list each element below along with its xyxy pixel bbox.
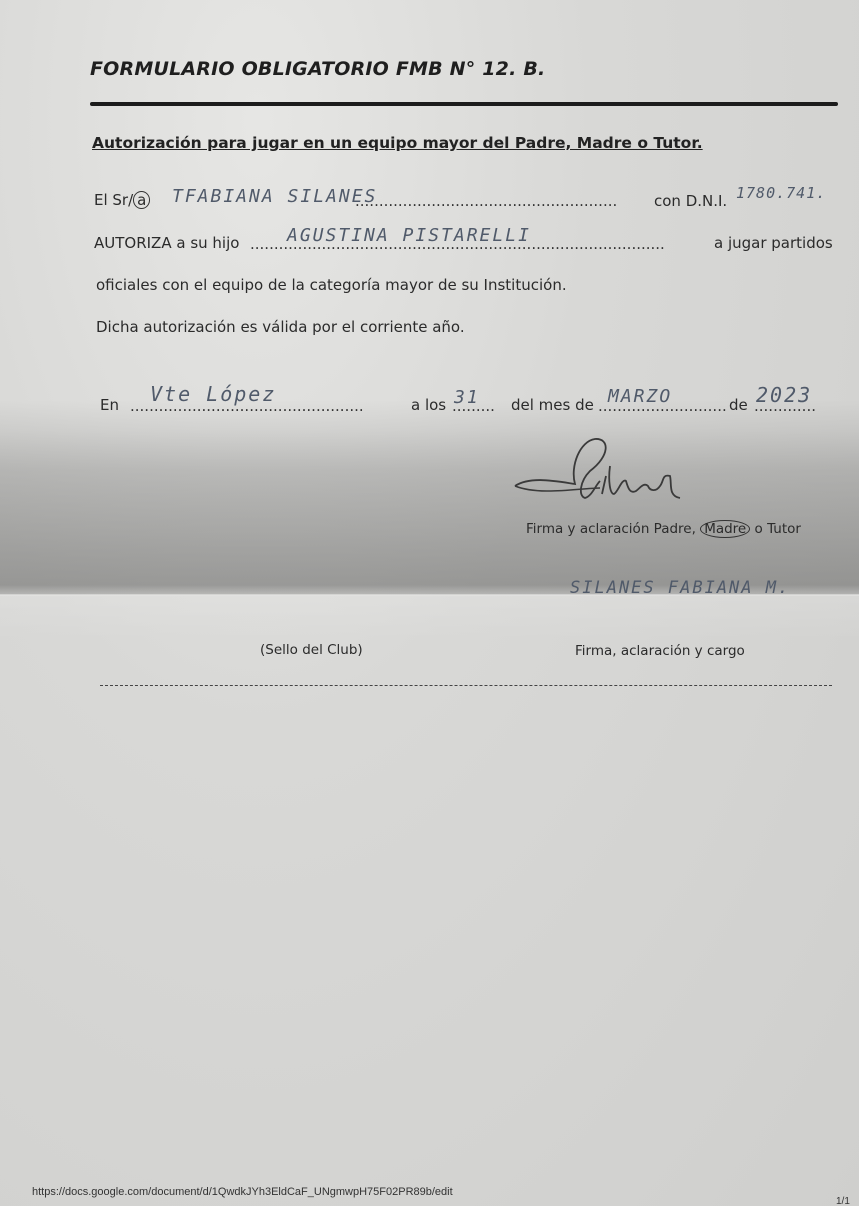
- child-prefix: AUTORIZA a su hijo: [94, 234, 239, 252]
- club-signature-label: Firma, aclaración y cargo: [575, 643, 745, 659]
- child-suffix: a jugar partidos: [714, 234, 833, 252]
- guardian-name-field[interactable]: TFABIANA SILANES: [172, 186, 377, 207]
- a-los-label: a los: [411, 396, 446, 414]
- mes-label: del mes de: [511, 396, 594, 414]
- fold-shadow: [0, 430, 859, 595]
- signature-scribble: [510, 436, 710, 506]
- parent-printed-name[interactable]: SILANES FABIANA M.: [570, 578, 790, 598]
- dni-field[interactable]: 1780.741.: [736, 184, 826, 202]
- year-field[interactable]: 2023: [756, 383, 812, 407]
- guardian-line: El Sr/a: [94, 191, 150, 209]
- footer-url: https://docs.google.com/document/d/1Qwdk…: [32, 1186, 453, 1198]
- guardian-dotted-line: ........................................…: [355, 192, 617, 210]
- paper-background: [0, 0, 859, 1206]
- parent-signature-label: Firma y aclaración Padre, Madre o Tutor: [526, 520, 801, 538]
- circled-gender: a: [133, 191, 150, 209]
- day-field[interactable]: 31: [454, 387, 480, 408]
- sig-label-suffix: o Tutor: [755, 521, 801, 537]
- body-line-4: Dicha autorización es válida por el corr…: [96, 318, 465, 336]
- place-field[interactable]: Vte López: [150, 382, 276, 406]
- en-label: En: [100, 396, 119, 414]
- section-cut-line: [100, 685, 832, 686]
- form-title: FORMULARIO OBLIGATORIO FMB N° 12. B.: [90, 58, 545, 80]
- de-label: de: [729, 396, 748, 414]
- child-name-field[interactable]: AGUSTINA PISTARELLI: [287, 225, 531, 246]
- guardian-prefix: El Sr/: [94, 191, 133, 209]
- body-line-3: oficiales con el equipo de la categoría …: [96, 276, 567, 294]
- page-number: 1/1: [836, 1196, 850, 1206]
- title-divider: [90, 102, 838, 106]
- month-field[interactable]: MARZO: [608, 386, 672, 407]
- club-stamp-label: (Sello del Club): [260, 642, 363, 658]
- form-subtitle: Autorización para jugar en un equipo may…: [92, 134, 703, 152]
- circled-madre: Madre: [700, 520, 750, 538]
- sig-label-prefix: Firma y aclaración Padre,: [526, 521, 696, 537]
- dni-label: con D.N.I.: [654, 192, 727, 210]
